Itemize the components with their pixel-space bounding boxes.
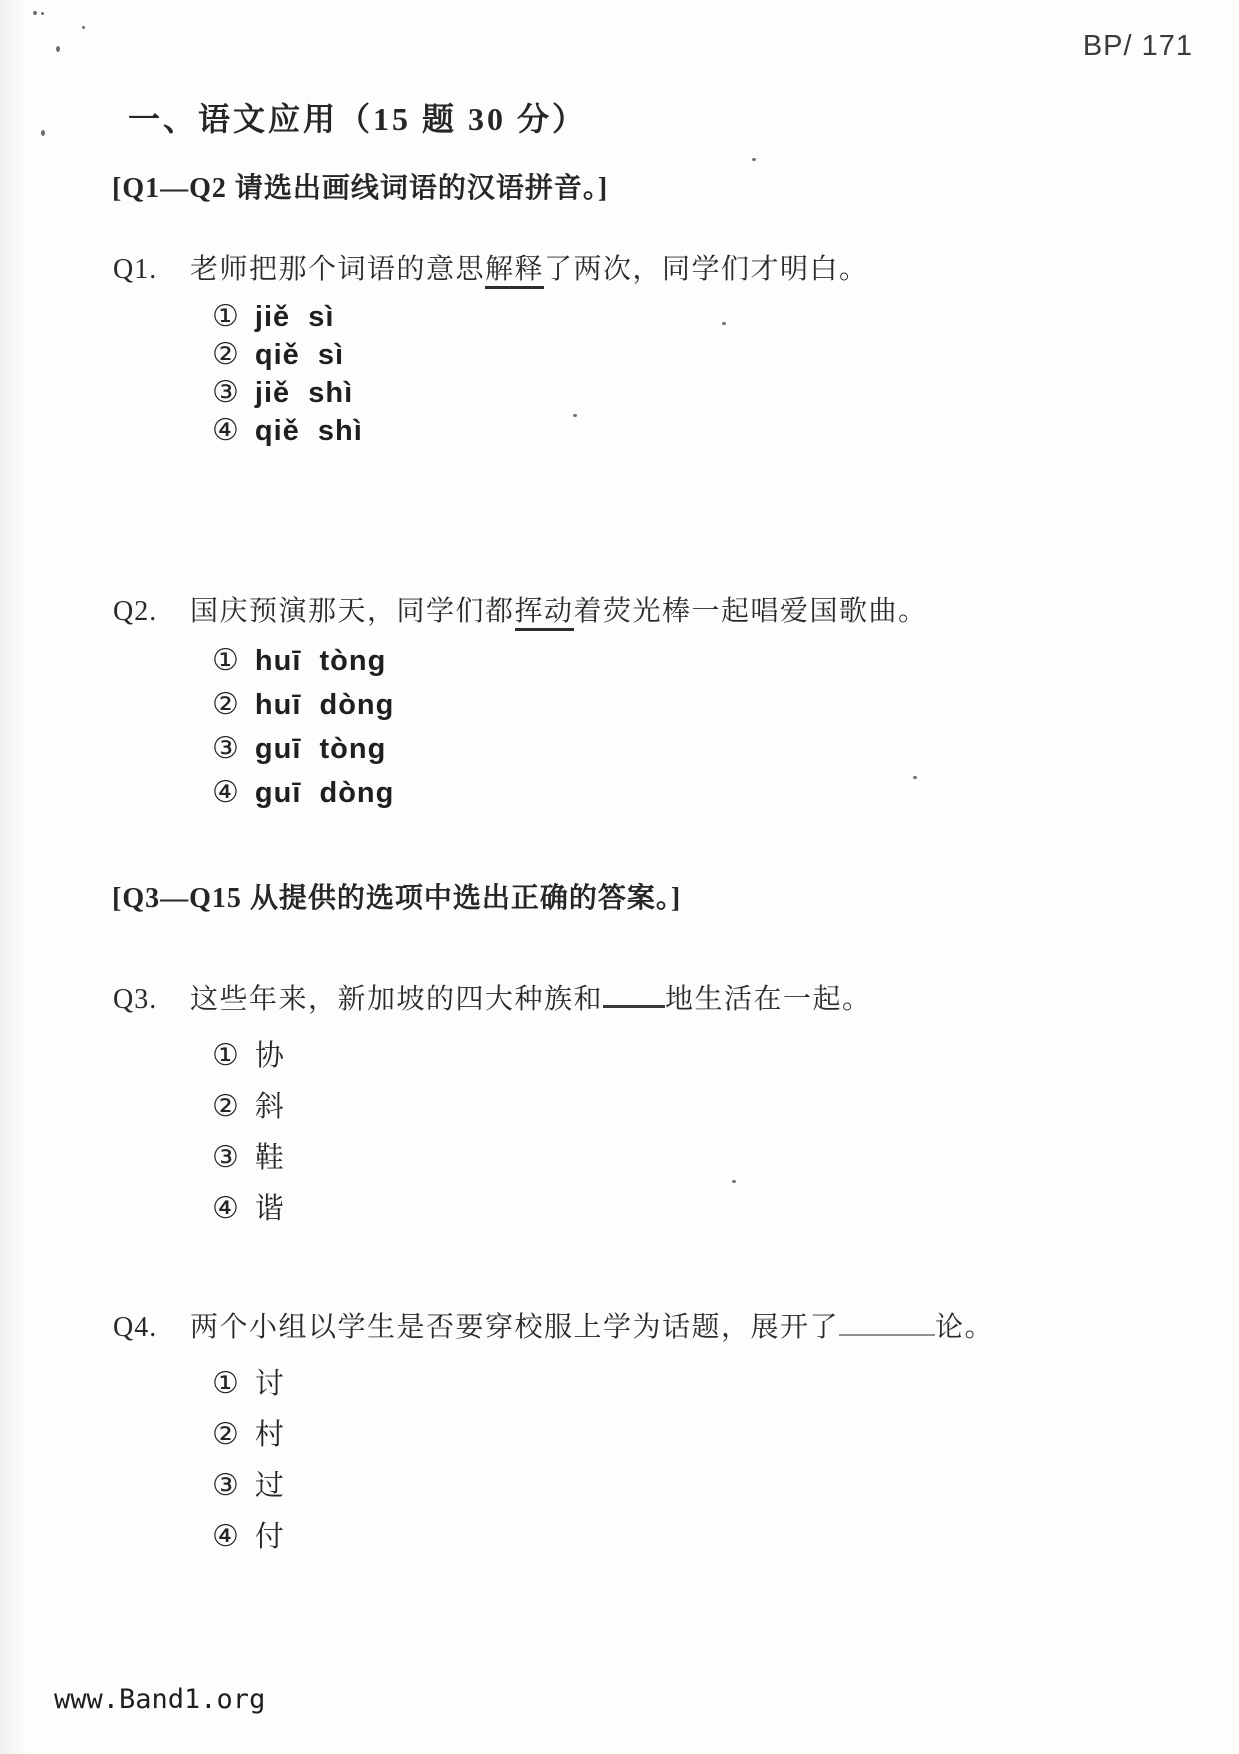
- option-4: ④谐: [212, 1186, 872, 1237]
- footer-website: www.Band1.org: [54, 1684, 265, 1715]
- option-label: 讨: [255, 1361, 284, 1402]
- option-label: huī tòng: [255, 645, 386, 678]
- option-list-q3: ①协 ②斜 ③鞋 ④谐: [212, 1033, 872, 1237]
- option-list-q4: ①讨 ②村 ③过 ④付: [212, 1361, 994, 1565]
- fill-in-blank: [603, 1005, 665, 1008]
- circled-2-marker: ②: [212, 1089, 239, 1124]
- page-reference: BP/ 171: [1083, 30, 1193, 63]
- circled-1-marker: ①: [212, 1038, 239, 1073]
- circled-1-marker: ①: [212, 299, 239, 334]
- question-number: Q2.: [113, 596, 190, 628]
- option-1: ①huī tòng: [212, 643, 928, 687]
- option-4: ④付: [212, 1514, 994, 1565]
- question-text: 老师把那个词语的意思解释了两次，同学们才明白。: [190, 250, 869, 289]
- question-text-after: 着荧光棒一起唱爱国歌曲。: [574, 596, 928, 627]
- option-label: 付: [255, 1514, 284, 1555]
- circled-2-marker: ②: [212, 687, 239, 722]
- question-q3-line: Q3. 这些年来，新加坡的四大种族和地生活在一起。: [113, 980, 872, 1019]
- option-label: huī dòng: [255, 689, 394, 722]
- circled-3-marker: ③: [212, 1140, 239, 1175]
- question-text-after: 了两次，同学们才明白。: [544, 254, 869, 285]
- instruction-q1-q2: [Q1—Q2 请选出画线词语的汉语拼音。]: [112, 166, 608, 206]
- option-3: ③过: [212, 1463, 994, 1514]
- circled-3-marker: ③: [212, 731, 239, 766]
- option-4: ④guī dòng: [212, 775, 928, 819]
- instruction-q3-q15: [Q3—Q15 从提供的选项中选出正确的答案。]: [112, 876, 681, 916]
- question-text-before: 国庆预演那天，同学们都: [190, 596, 515, 627]
- question-text-before: 这些年来，新加坡的四大种族和: [190, 984, 603, 1015]
- underlined-word: 挥动: [515, 596, 574, 631]
- question-q4: Q4. 两个小组以学生是否要穿校服上学为话题，展开了论。 ①讨 ②村 ③过 ④付: [113, 1308, 994, 1565]
- circled-4-marker: ④: [212, 775, 239, 810]
- underlined-word: 解释: [485, 254, 544, 289]
- option-4: ④qiě shì: [212, 413, 869, 451]
- option-label: 协: [255, 1033, 284, 1074]
- scan-speck: [33, 11, 37, 15]
- circled-4-marker: ④: [212, 1519, 239, 1554]
- option-3: ③jiě shì: [212, 375, 869, 413]
- question-text: 这些年来，新加坡的四大种族和地生活在一起。: [190, 980, 872, 1019]
- circled-3-marker: ③: [212, 375, 239, 410]
- option-3: ③鞋: [212, 1135, 872, 1186]
- option-1: ①讨: [212, 1361, 994, 1412]
- fill-in-blank: [839, 1334, 935, 1336]
- option-3: ③guī tòng: [212, 731, 928, 775]
- question-text-before: 老师把那个词语的意思: [190, 254, 485, 285]
- question-q2: Q2. 国庆预演那天，同学们都挥动着荧光棒一起唱爱国歌曲。 ①huī tòng …: [113, 592, 928, 819]
- option-1: ①jiě sì: [212, 299, 869, 337]
- section-title: 一、语文应用（15 题 30 分）: [128, 94, 587, 140]
- circled-3-marker: ③: [212, 1468, 239, 1503]
- option-label: guī dòng: [255, 777, 394, 810]
- option-label: qiě sì: [255, 339, 344, 372]
- option-label: guī tòng: [255, 733, 386, 766]
- circled-4-marker: ④: [212, 413, 239, 448]
- option-label: 村: [255, 1412, 284, 1453]
- scan-speck: [82, 26, 85, 29]
- option-label: 过: [255, 1463, 284, 1504]
- question-number: Q3.: [113, 984, 190, 1016]
- option-label: 鞋: [255, 1135, 284, 1176]
- question-q1-line: Q1. 老师把那个词语的意思解释了两次，同学们才明白。: [113, 250, 869, 289]
- question-text-before: 两个小组以学生是否要穿校服上学为话题，展开了: [190, 1312, 839, 1343]
- question-q1: Q1. 老师把那个词语的意思解释了两次，同学们才明白。 ①jiě sì ②qiě…: [113, 250, 869, 451]
- option-label: qiě shì: [255, 415, 363, 448]
- circled-4-marker: ④: [212, 1191, 239, 1226]
- scan-speck: [56, 46, 60, 52]
- circled-2-marker: ②: [212, 1417, 239, 1452]
- option-2: ②斜: [212, 1084, 872, 1135]
- option-label: 谐: [255, 1186, 284, 1227]
- question-text-after: 地生活在一起。: [665, 984, 872, 1015]
- question-text-after: 论。: [935, 1312, 994, 1343]
- option-list-q2: ①huī tòng ②huī dòng ③guī tòng ④guī dòng: [212, 643, 928, 819]
- scan-speck: [41, 12, 44, 15]
- scanned-exam-page: BP/ 171 一、语文应用（15 题 30 分） [Q1—Q2 请选出画线词语…: [0, 0, 1239, 1754]
- option-label: jiě shì: [255, 377, 353, 410]
- option-1: ①协: [212, 1033, 872, 1084]
- circled-2-marker: ②: [212, 337, 239, 372]
- question-q4-line: Q4. 两个小组以学生是否要穿校服上学为话题，展开了论。: [113, 1308, 994, 1347]
- circled-1-marker: ①: [212, 643, 239, 678]
- question-text: 两个小组以学生是否要穿校服上学为话题，展开了论。: [190, 1308, 994, 1347]
- option-2: ②qiě sì: [212, 337, 869, 375]
- scan-speck: [752, 158, 756, 161]
- question-number: Q4.: [113, 1312, 190, 1344]
- circled-1-marker: ①: [212, 1366, 239, 1401]
- option-2: ②村: [212, 1412, 994, 1463]
- question-q2-line: Q2. 国庆预演那天，同学们都挥动着荧光棒一起唱爱国歌曲。: [113, 592, 928, 631]
- question-number: Q1.: [113, 254, 190, 286]
- question-q3: Q3. 这些年来，新加坡的四大种族和地生活在一起。 ①协 ②斜 ③鞋 ④谐: [113, 980, 872, 1237]
- option-2: ②huī dòng: [212, 687, 928, 731]
- option-label: jiě sì: [255, 301, 335, 334]
- option-label: 斜: [255, 1084, 284, 1125]
- scan-speck: [41, 130, 45, 136]
- question-text: 国庆预演那天，同学们都挥动着荧光棒一起唱爱国歌曲。: [190, 592, 928, 631]
- option-list-q1: ①jiě sì ②qiě sì ③jiě shì ④qiě shì: [212, 299, 869, 451]
